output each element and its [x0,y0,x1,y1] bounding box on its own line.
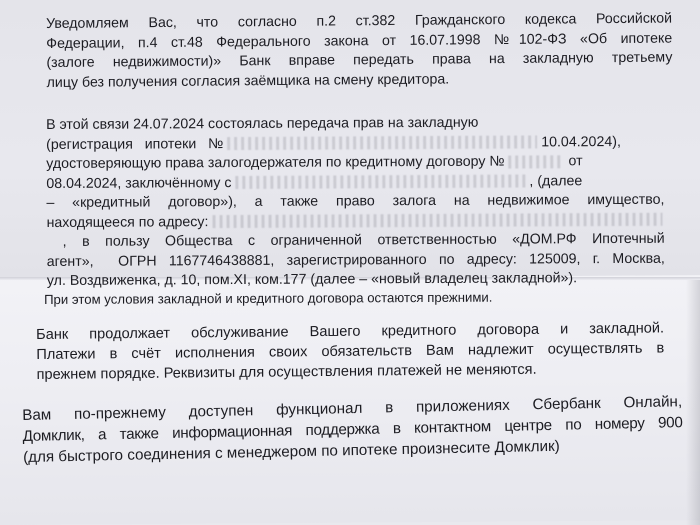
text-line-content: – «кредитный договор»), а также право за… [46,191,664,214]
word: В [46,117,56,133]
text-line-content: находящееся по адресу: [47,214,209,231]
redacted-registration-number [227,136,537,151]
text-line-content: , (далее [529,173,582,189]
word: прав [353,115,384,131]
word: закладную [408,115,479,131]
notice-paragraph-terms-unchanged: При этом условия закладной и кредитного … [44,287,604,309]
notice-paragraph-legal-basis: Уведомляем Вас, что согласно п.2 ст.382 … [46,10,673,93]
text-line: – «кредитный договор»), а также право за… [46,191,664,214]
word: этой [59,117,88,133]
transfer-date: 24.07.2024 [133,116,204,132]
word: состоялась [208,116,283,132]
registration-date: 10.04.2024), [541,133,621,149]
text-line-content: , в пользу Общества с ограниченной ответ… [47,230,665,253]
word: на [388,115,404,131]
word: связи [92,117,129,133]
text-line-content: ул. Воздвиженка, д. 10, пом.XI, ком.177 … [47,270,577,289]
text-line-content: 08.04.2024, заключённому с [46,175,231,192]
text-line-content: от [568,153,582,169]
text-line-content: лицу без получения согласия заёмщика на … [47,71,450,91]
notice-paragraph-servicing: Банк продолжает обслуживание Вашего кред… [36,318,665,385]
text-line-content: (регистрация ипотеки № [46,136,223,153]
redacted-borrower-name [235,175,525,190]
text-line-content: прежнем порядке. Реквизиты для осуществл… [36,362,536,383]
redacted-agreement-number [508,155,564,168]
text-line: , в пользу Общества с ограниченной ответ… [47,230,665,253]
redacted-property-address [212,213,662,228]
notice-paragraph-transfer: В этой связи 24.07.2024 состоялась перед… [46,113,665,292]
word: передача [287,115,349,131]
paper-edge-shadow [686,280,700,525]
text-line-content: удостоверяющую права залогодержателя по … [46,154,504,172]
text-line: При этом условия закладной и кредитного … [44,287,604,309]
text-line: удостоверяющую права залогодержателя по … [46,152,664,175]
